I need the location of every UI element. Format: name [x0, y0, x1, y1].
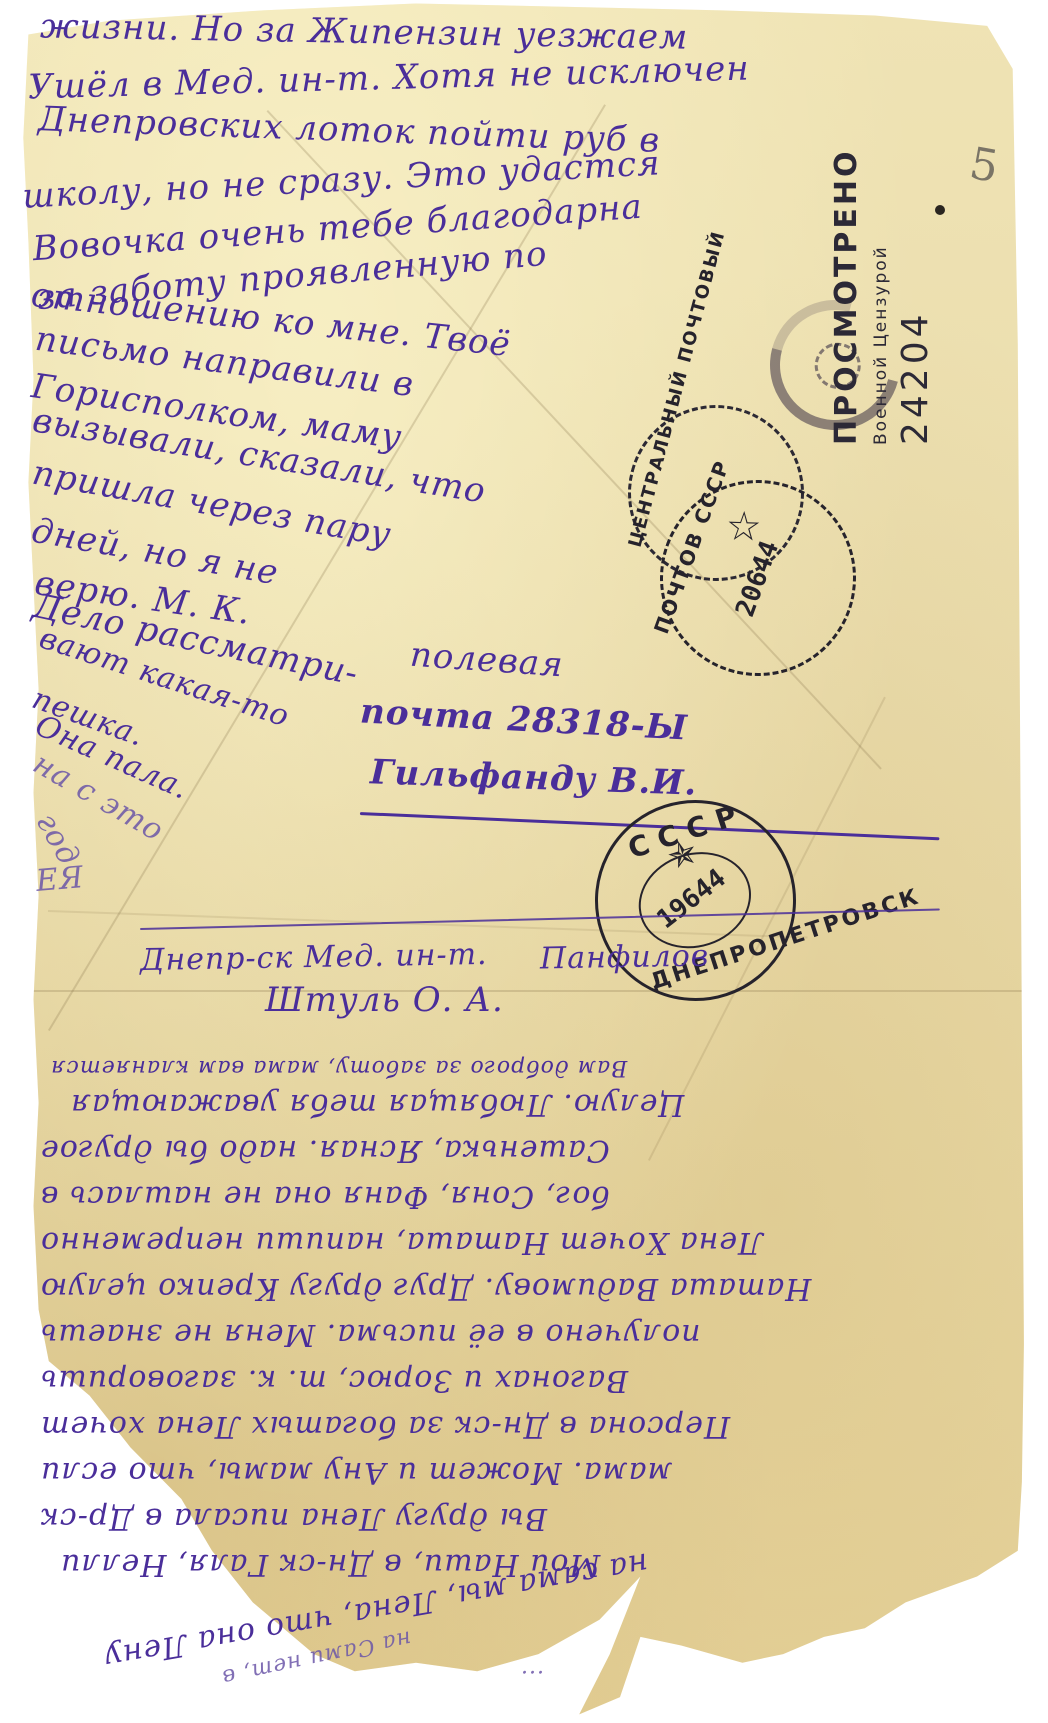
letter-line: Наташа Вадимову. Друг другу Крепко целую: [40, 1271, 811, 1306]
letter-line: Лена Хочет Наташа, напиши непременно: [40, 1225, 763, 1260]
fold-crease: [28, 990, 1038, 992]
censor-stamp: ПРОСМОТРЕНО Военной Цензурой 24204: [809, 295, 1048, 445]
punch-hole: [935, 205, 945, 215]
letter-line: получено в её письма. Меня не знаешь: [40, 1317, 701, 1352]
letter-line: бог, Соня, Фаня она не нашлась в: [40, 1179, 610, 1214]
censor-stamp-subtitle: Военной Цензурой: [871, 145, 891, 445]
sender-name: Штуль О. А.: [265, 980, 504, 1020]
sender-line-1: Днепр-ск Мед. ин-т.: [140, 937, 488, 978]
letter-line: Вагонах и Зорюс, т. к. заговоришь: [40, 1363, 628, 1398]
letter-line: Вы другу Лена писала в Др-ск: [40, 1501, 547, 1536]
letter-line: ЕЯ: [35, 860, 86, 899]
letter-line: ...: [520, 1665, 544, 1690]
censor-stamp-title: ПРОСМОТРЕНО: [829, 145, 864, 445]
letter-line: Целую. Любящая тебя уважающая: [70, 1087, 685, 1122]
censor-stamp-number: 24204: [895, 145, 936, 445]
sender-line-2: Панфилов: [540, 939, 710, 977]
letter-line: Вам доброго за заботу, мама вам кланяетс…: [50, 1055, 627, 1080]
letter-line: Сашенька, Ясная. надо бы другое: [40, 1133, 610, 1168]
letter-body-upside-down: Вам доброго за заботу, мама вам кланяетс…: [20, 1040, 1020, 1680]
letter-line: Персона в Дн-ск за богатых Лена хочет: [40, 1409, 730, 1444]
letter-line: мама. Может и Ану мамы, что если: [40, 1455, 672, 1490]
